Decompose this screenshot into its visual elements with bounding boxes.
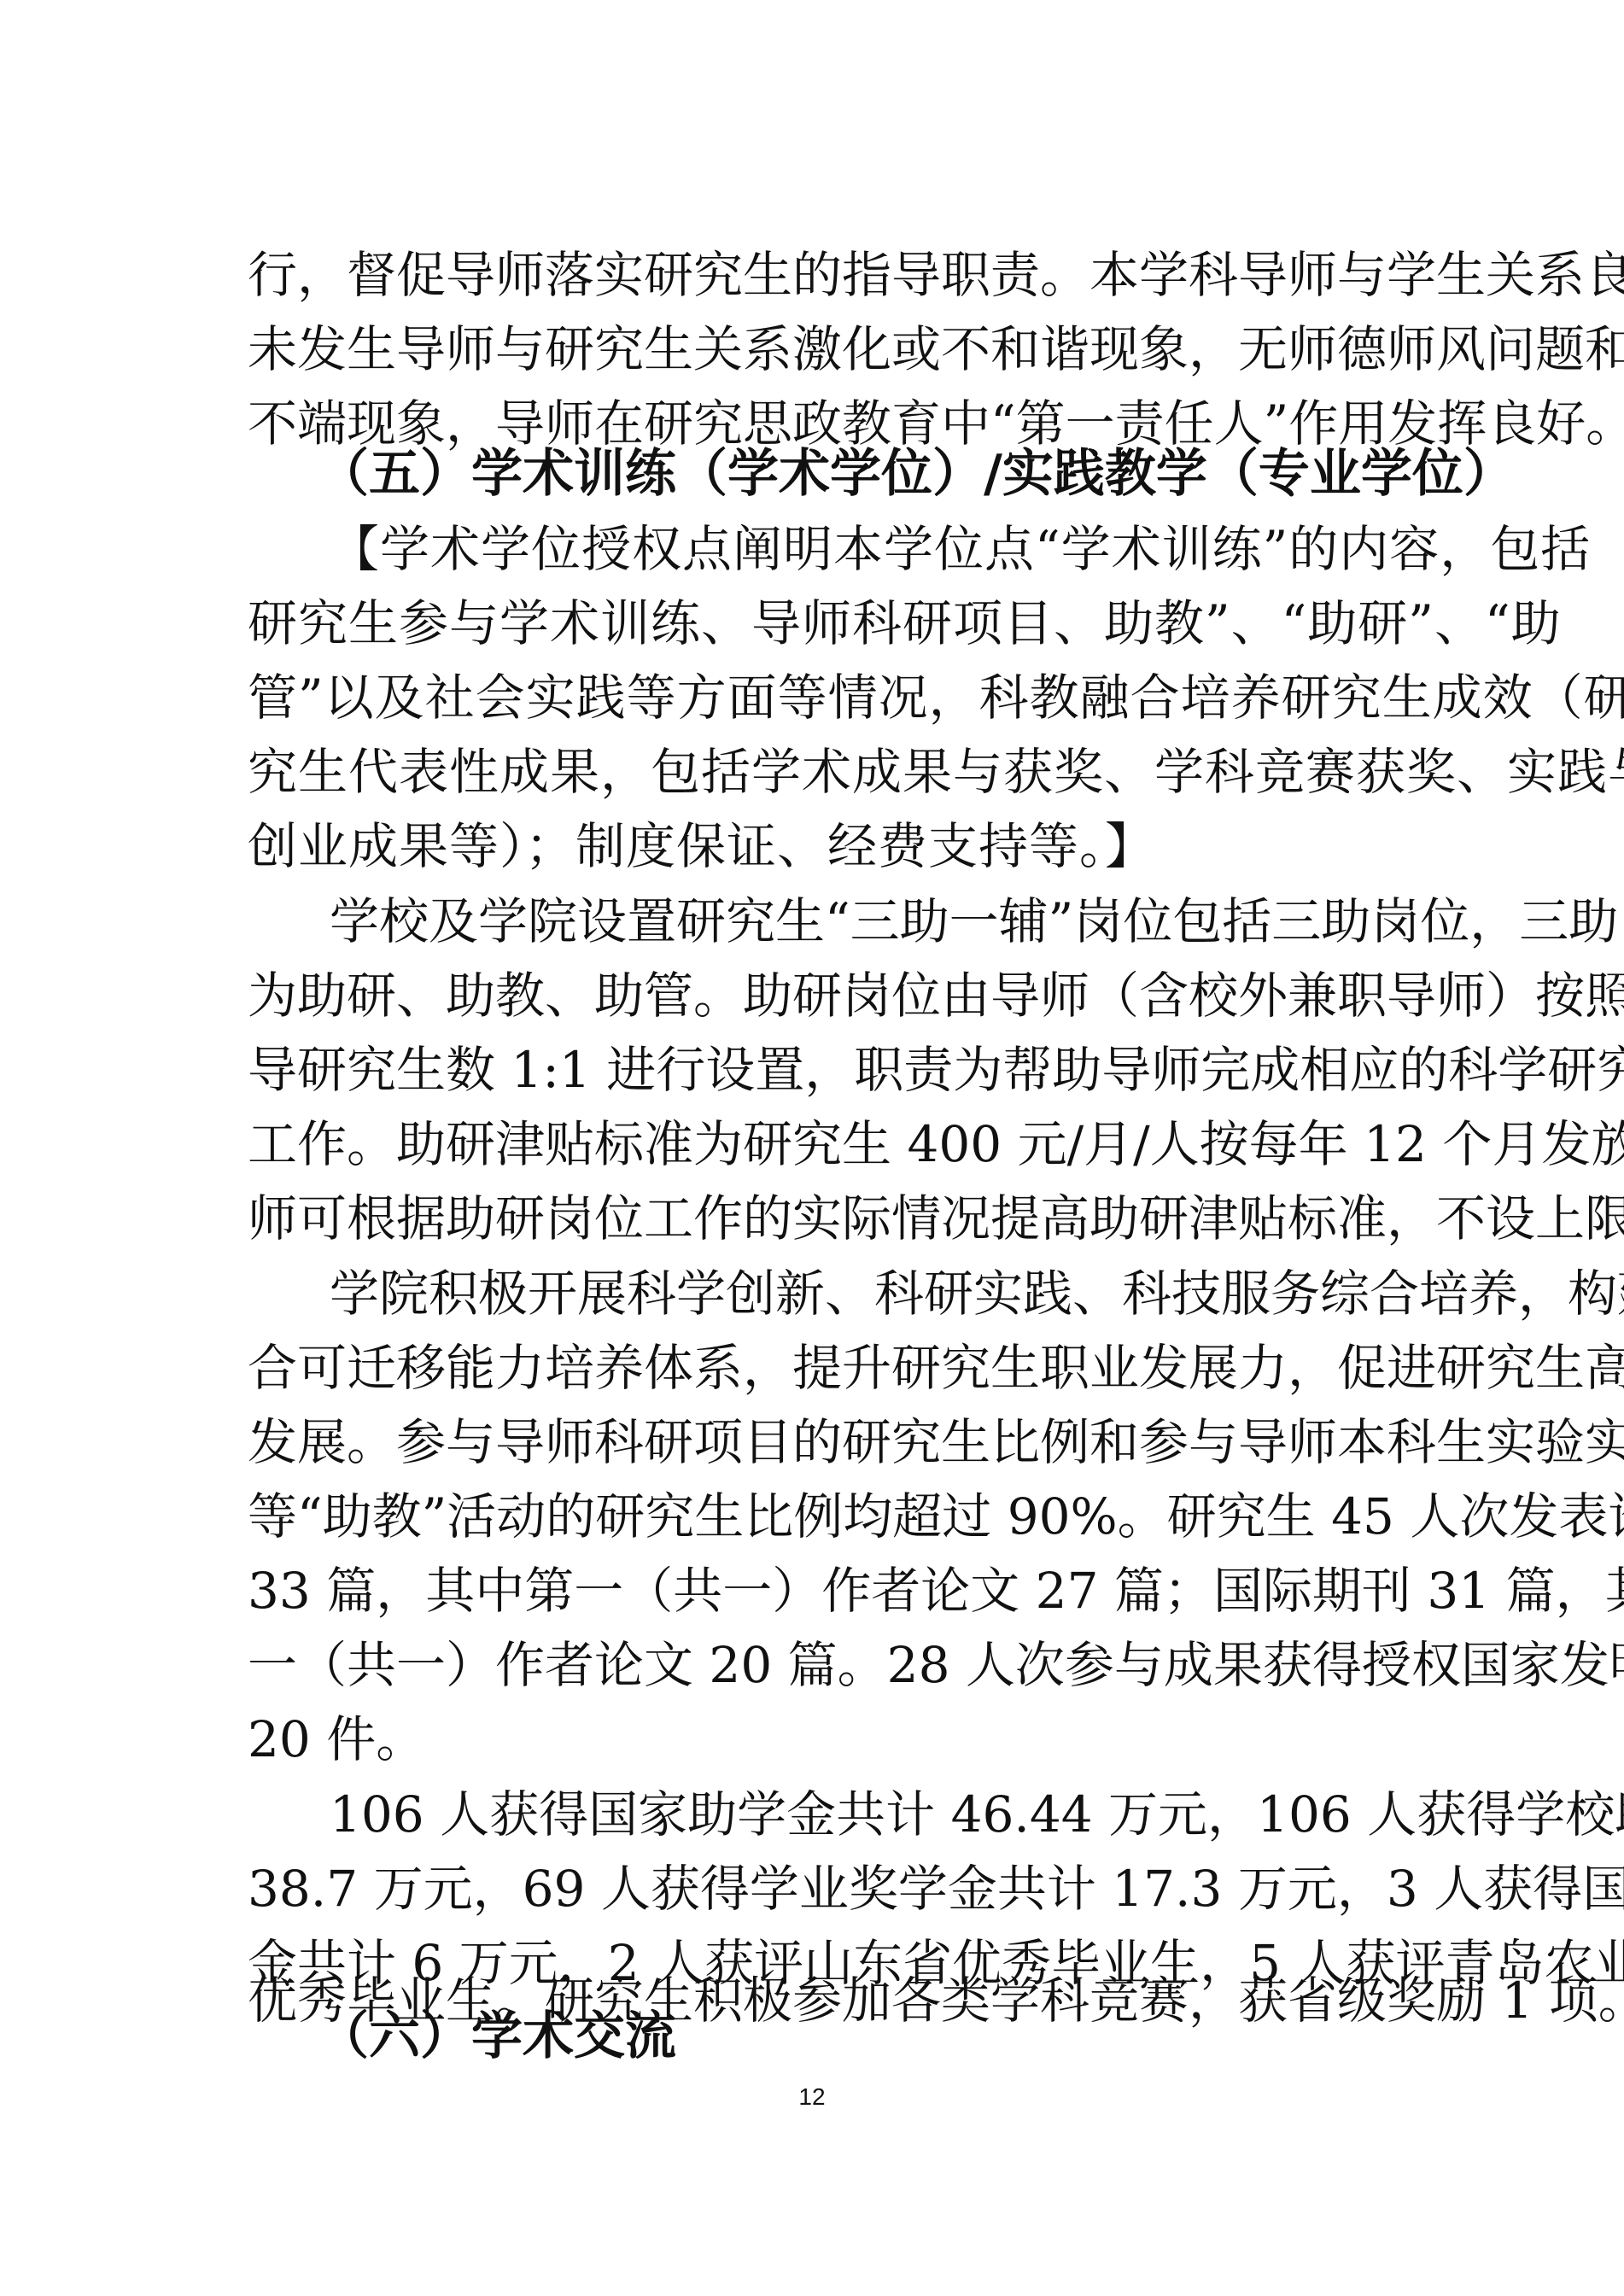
instruction-note-line: 【学术学位授权点阐明本学位点“学术训练”的内容，包括 (330, 512, 1366, 587)
paragraph-line: 未发生导师与研究生关系激化或不和谐现象，无师德师风问题和学术 (248, 313, 1366, 387)
paragraph-line: 学院积极开展科学创新、科研实践、科技服务综合培养，构建综 (330, 1257, 1366, 1331)
paragraph-line: 行，督促导师落实研究生的指导职责。本学科导师与学生关系良好， (248, 238, 1366, 313)
paragraph-line: 导研究生数 1:1 进行设置，职责为帮助导师完成相应的科学研究等 (248, 1033, 1366, 1107)
section-heading-6: （六）学术交流 (318, 1998, 676, 2075)
paragraph-line: 学校及学院设置研究生“三助一辅”岗位包括三助岗位，三助岗位 (330, 885, 1366, 959)
instruction-note-line: 管”以及社会实践等方面等情况，科教融合培养研究生成效（研 (248, 661, 1366, 735)
paragraph-line: 合可迁移能力培养体系，提升研究生职业发展力，促进研究生高质量 (248, 1331, 1366, 1405)
section-heading-5: （五）学术训练（学术学位）/实践教学（专业学位） (318, 435, 1515, 512)
paragraph-line: 33 篇，其中第一（共一）作者论文 27 篇；国际期刊 31 篇，其中第 (248, 1554, 1366, 1628)
paragraph-line: 等“助教”活动的研究生比例均超过 90%。研究生 45 人次发表论文 (248, 1480, 1366, 1554)
paragraph-line: 师可根据助研岗位工作的实际情况提高助研津贴标准，不设上限。 (248, 1182, 1366, 1256)
instruction-note-line: 创业成果等）；制度保证、经费支持等。】 (248, 809, 1366, 884)
paragraph-line: 20 件。 (248, 1703, 1366, 1777)
paragraph-line: 一（共一）作者论文 20 篇。28 人次参与成果获得授权国家发明专利 (248, 1628, 1366, 1703)
paragraph-line: 106 人获得国家助学金共计 46.44 万元，106 人获得学校助学金 (330, 1778, 1366, 1852)
paragraph-line: 发展。参与导师科研项目的研究生比例和参与导师本科生实验实践教学 (248, 1405, 1366, 1480)
paragraph-line: 工作。助研津贴标准为研究生 400 元/月/人按每年 12 个月发放。导 (248, 1107, 1366, 1182)
instruction-note-line: 研究生参与学术训练、导师科研项目、助教”、“助研”、“助 (248, 587, 1366, 661)
document-page: 行，督促导师落实研究生的指导职责。本学科导师与学生关系良好， 未发生导师与研究生… (0, 0, 1624, 2296)
paragraph-line: 38.7 万元，69 人获得学业奖学金共计 17.3 万元，3 人获得国家奖学 (248, 1852, 1366, 1926)
paragraph-line: 为助研、助教、助管。助研岗位由导师（含校外兼职导师）按照所指 (248, 959, 1366, 1033)
instruction-note-line: 究生代表性成果，包括学术成果与获奖、学科竞赛获奖、实践与 (248, 735, 1366, 809)
page-number: 12 (0, 2083, 1624, 2111)
